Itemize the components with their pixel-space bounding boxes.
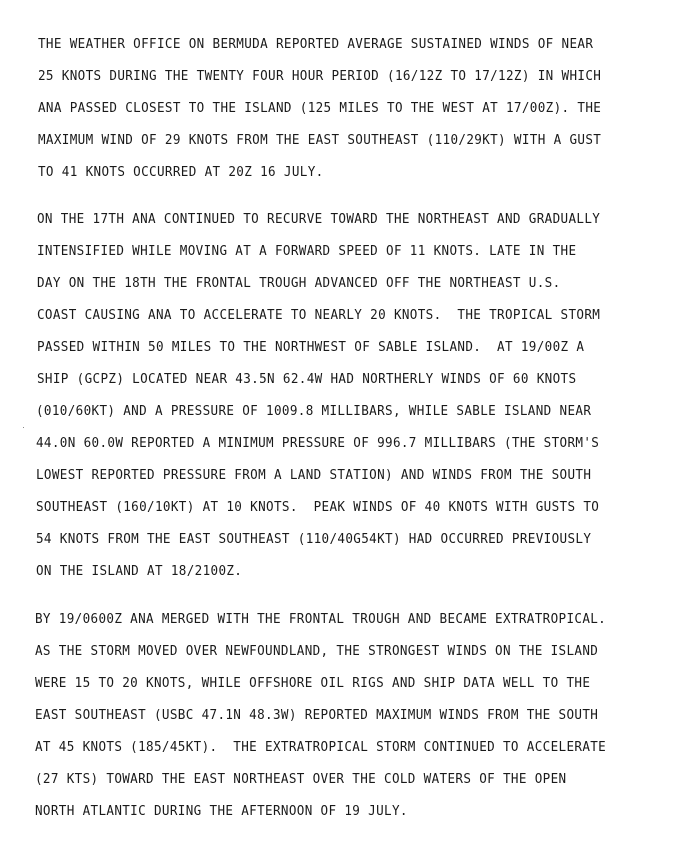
text-line: WERE 15 TO 20 KNOTS, WHILE OFFSHORE OIL … [35,666,606,700]
text-line: COAST CAUSING ANA TO ACCELERATE TO NEARL… [37,298,600,332]
text-line: AS THE STORM MOVED OVER NEWFOUNDLAND, TH… [35,634,606,668]
text-line: LOWEST REPORTED PRESSURE FROM A LAND STA… [36,458,599,492]
text-line: (010/60KT) AND A PRESSURE OF 1009.8 MILL… [36,394,599,428]
text-line: AT 45 KNOTS (185/45KT). THE EXTRATROPICA… [35,730,606,764]
text-line: THE WEATHER OFFICE ON BERMUDA REPORTED A… [38,27,601,61]
text-line: (27 KTS) TOWARD THE EAST NORTHEAST OVER … [35,762,606,796]
text-line: 25 KNOTS DURING THE TWENTY FOUR HOUR PER… [38,59,601,93]
text-line: EAST SOUTHEAST (USBC 47.1N 48.3W) REPORT… [35,698,606,732]
text-line: DAY ON THE 18TH THE FRONTAL TROUGH ADVAN… [37,266,600,300]
text-line: INTENSIFIED WHILE MOVING AT A FORWARD SP… [37,234,600,268]
paragraph-extratropical-transition: BY 19/0600Z ANA MERGED WITH THE FRONTAL … [35,603,606,827]
text-line: 54 KNOTS FROM THE EAST SOUTHEAST (110/40… [36,522,599,556]
text-line: 44.0N 60.0W REPORTED A MINIMUM PRESSURE … [36,426,599,460]
text-line: ON THE 17TH ANA CONTINUED TO RECURVE TOW… [37,202,600,236]
text-line: ANA PASSED CLOSEST TO THE ISLAND (125 MI… [38,91,601,125]
text-line: BY 19/0600Z ANA MERGED WITH THE FRONTAL … [35,602,606,636]
text-line: SHIP (GCPZ) LOCATED NEAR 43.5N 62.4W HAD… [37,362,600,396]
text-line: TO 41 KNOTS OCCURRED AT 20Z 16 JULY. [38,155,601,189]
paragraph-bermuda-observations: THE WEATHER OFFICE ON BERMUDA REPORTED A… [38,28,601,188]
text-line: NORTH ATLANTIC DURING THE AFTERNOON OF 1… [35,794,606,828]
document-page: THE WEATHER OFFICE ON BERMUDA REPORTED A… [0,0,680,855]
text-line: MAXIMUM WIND OF 29 KNOTS FROM THE EAST S… [38,123,601,157]
text-line: ON THE ISLAND AT 18/2100Z. [36,554,599,588]
text-line: PASSED WITHIN 50 MILES TO THE NORTHWEST … [37,330,600,364]
paragraph-recurvature-sable-island: ON THE 17TH ANA CONTINUED TO RECURVE TOW… [37,203,600,587]
text-line: SOUTHEAST (160/10KT) AT 10 KNOTS. PEAK W… [36,490,599,524]
scan-speck [23,427,24,428]
